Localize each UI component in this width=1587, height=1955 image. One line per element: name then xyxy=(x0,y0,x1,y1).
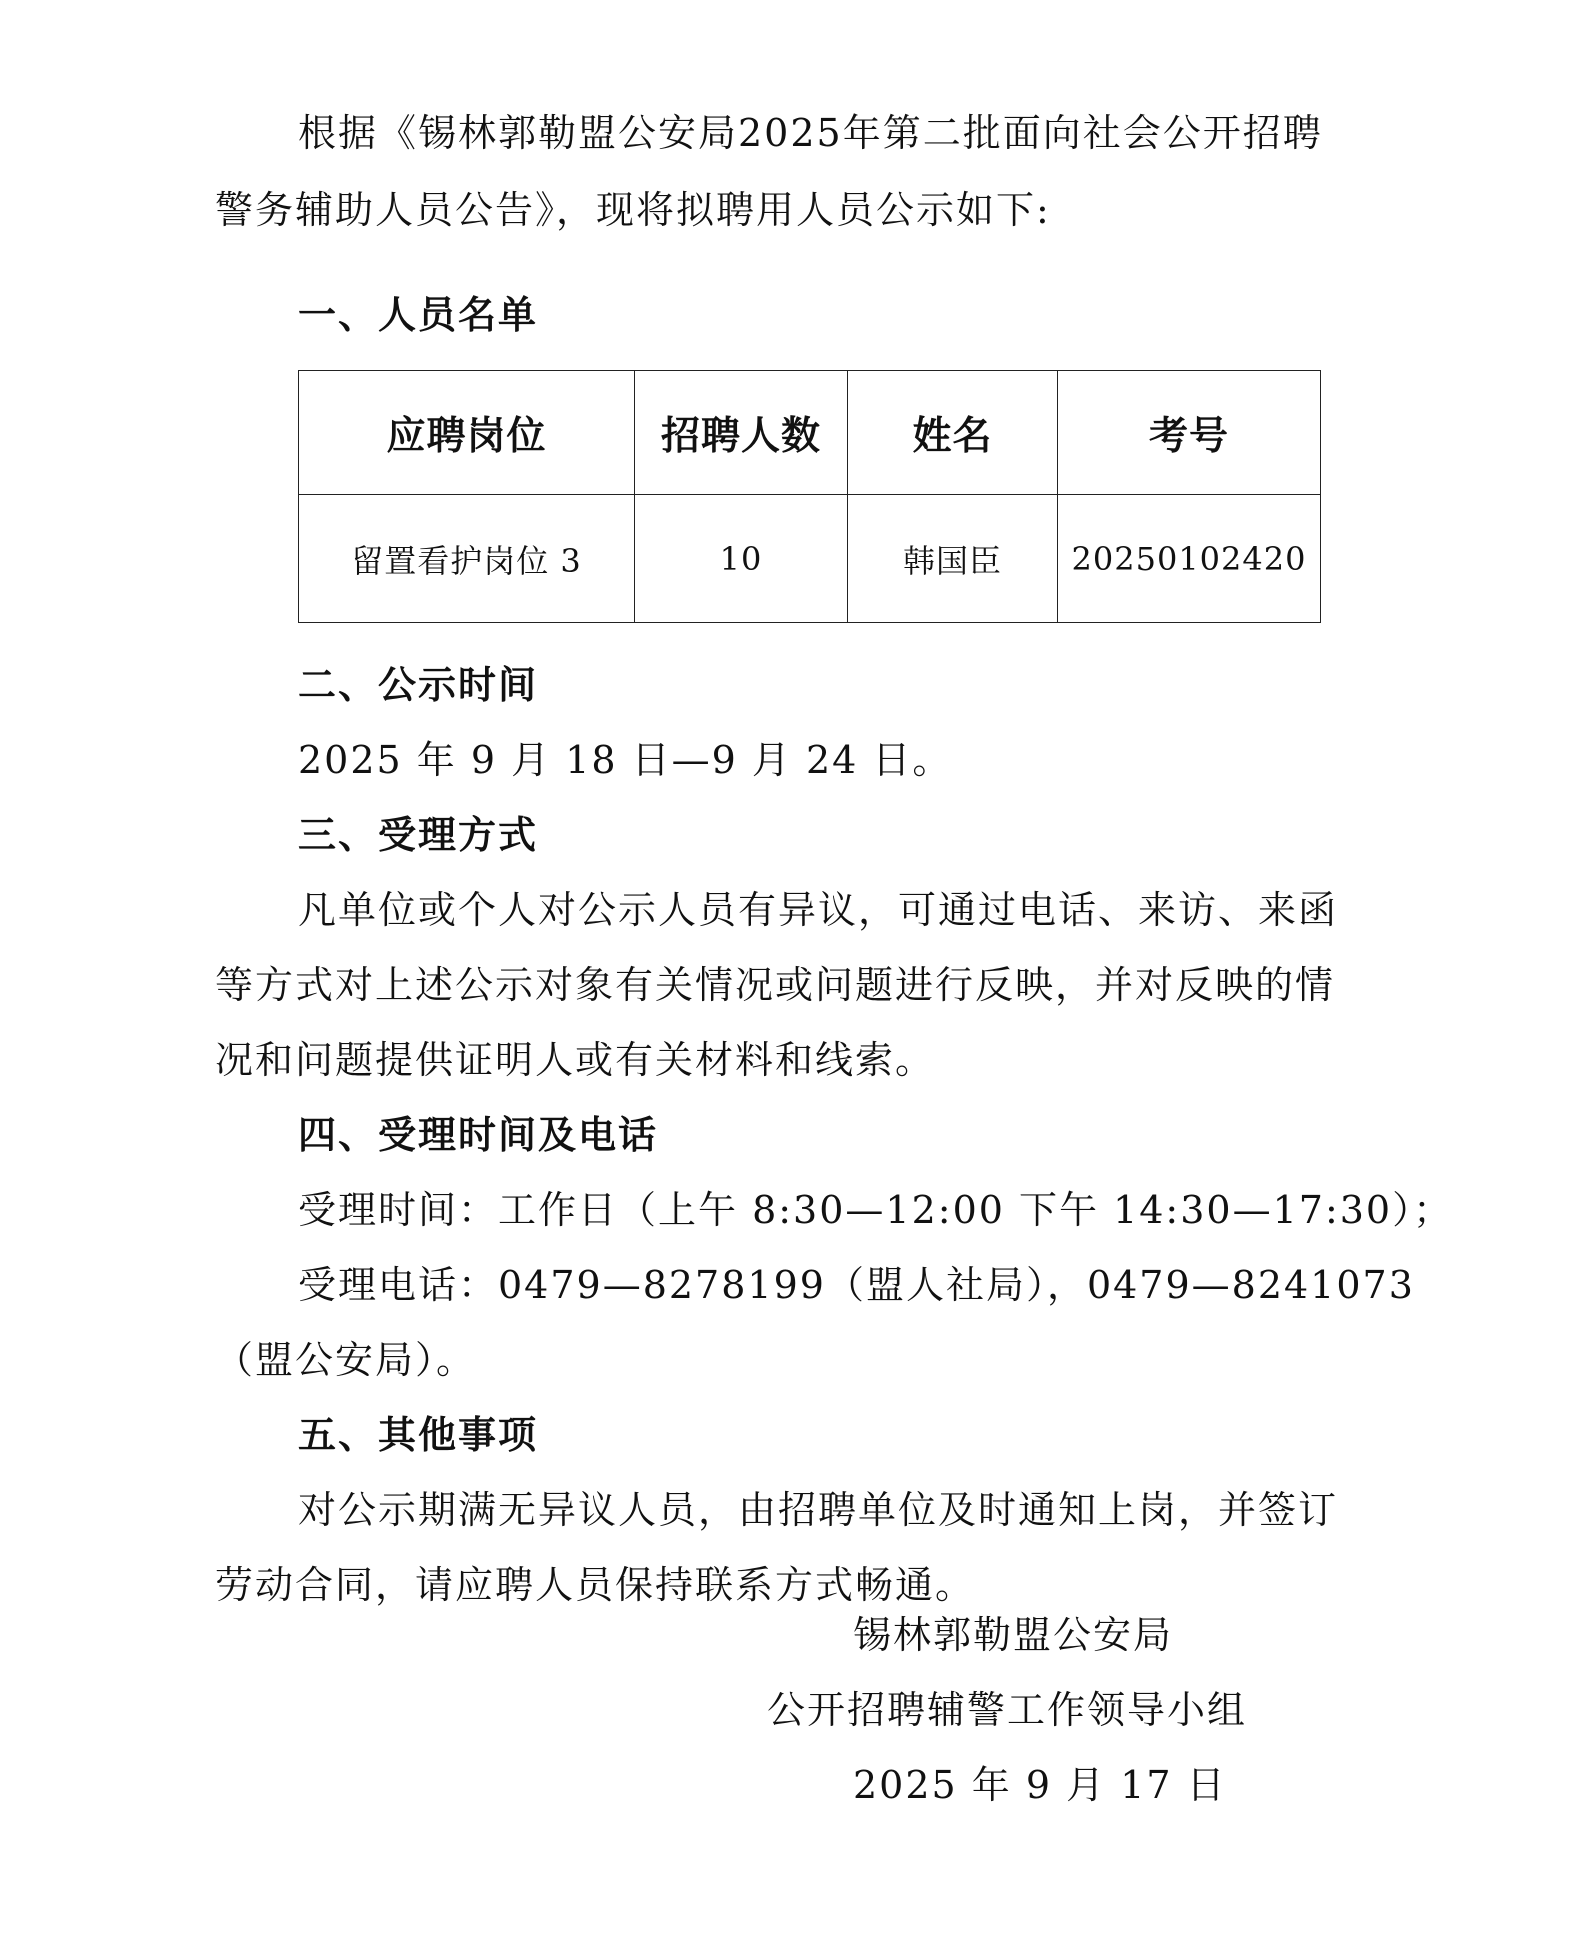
acceptance-method-line-1: 凡单位或个人对公示人员有异议，可通过电话、来访、来函 xyxy=(298,890,1338,930)
table-header-position: 应聘岗位 xyxy=(299,371,635,495)
table-header-name: 姓名 xyxy=(848,371,1058,495)
intro-line-1: 根据《锡林郭勒盟公安局2025年第二批面向社会公开招聘 xyxy=(298,113,1323,153)
table-row: 留置看护岗位 3 10 韩国臣 20250102420 xyxy=(299,495,1321,623)
acceptance-method-line-3: 况和问题提供证明人或有关材料和线索。 xyxy=(215,1040,935,1080)
other-matters-line-2: 劳动合同，请应聘人员保持联系方式畅通。 xyxy=(215,1565,975,1605)
section-heading-publicity-period: 二、公示时间 xyxy=(298,665,538,705)
table-header-hiring-count: 招聘人数 xyxy=(635,371,848,495)
acceptance-phones: 受理电话：0479—8278199（盟人社局），0479—8241073 xyxy=(298,1265,1415,1305)
other-matters-line-1: 对公示期满无异议人员，由招聘单位及时通知上岗，并签订 xyxy=(298,1490,1338,1530)
intro-line-2: 警务辅助人员公告》，现将拟聘用人员公示如下: xyxy=(215,190,1051,230)
signature-group: 公开招聘辅警工作领导小组 xyxy=(767,1690,1247,1730)
table-header-exam-number: 考号 xyxy=(1058,371,1321,495)
table-cell-exam-number: 20250102420 xyxy=(1058,495,1321,623)
section-heading-other-matters: 五、其他事项 xyxy=(298,1415,538,1455)
section-heading-acceptance-time-phone: 四、受理时间及电话 xyxy=(298,1115,658,1155)
table-cell-position: 留置看护岗位 3 xyxy=(299,495,635,623)
section-heading-acceptance-method: 三、受理方式 xyxy=(298,815,538,855)
signature-date: 2025 年 9 月 17 日 xyxy=(853,1765,1227,1805)
table-cell-hiring-count: 10 xyxy=(635,495,848,623)
table-cell-name: 韩国臣 xyxy=(848,495,1058,623)
acceptance-method-line-2: 等方式对上述公示对象有关情况或问题进行反映，并对反映的情 xyxy=(215,965,1335,1005)
acceptance-phones-cont: （盟公安局）。 xyxy=(215,1340,476,1380)
section-heading-personnel-list: 一、人员名单 xyxy=(298,295,538,335)
table-header-row: 应聘岗位 招聘人数 姓名 考号 xyxy=(299,371,1321,495)
signature-organization: 锡林郭勒盟公安局 xyxy=(853,1615,1173,1655)
publicity-period-text: 2025 年 9 月 18 日—9 月 24 日。 xyxy=(298,740,952,780)
acceptance-hours: 受理时间：工作日（上午 8:30—12:00 下午 14:30—17:30）； xyxy=(298,1190,1453,1230)
personnel-table: 应聘岗位 招聘人数 姓名 考号 留置看护岗位 3 10 韩国臣 20250102… xyxy=(298,370,1321,623)
